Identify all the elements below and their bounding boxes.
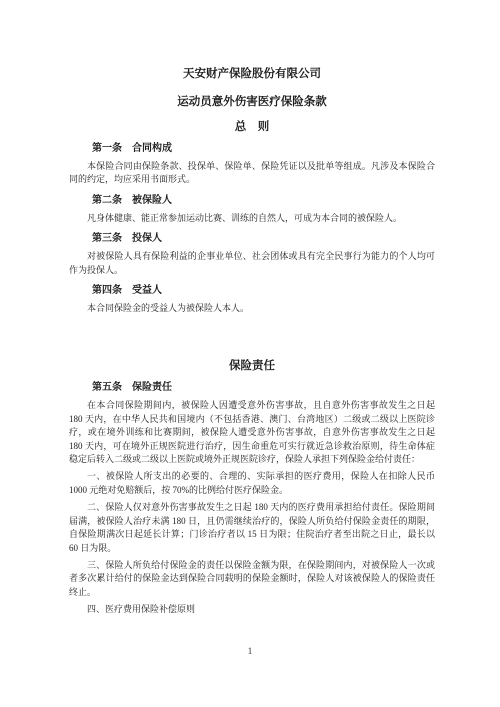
section-heading-general: 总 则 xyxy=(69,120,435,135)
article-5-heading: 第五条 保险责任 xyxy=(69,381,435,395)
article-5-item-4: 四、医疗费用保险补偿原则 xyxy=(69,603,435,616)
document-page: 天安财产保险股份有限公司 运动员意外伤害医疗保险条款 总 则 第一条 合同构成 … xyxy=(0,0,500,707)
article-5-item-2: 二、保险人仅对意外伤害事故发生之日起 180 天内的医疗费用承担给付责任。保险期… xyxy=(69,501,435,555)
company-title: 天安财产保险股份有限公司 xyxy=(69,67,435,82)
section-heading-liability: 保险责任 xyxy=(69,359,435,374)
article-2-body: 凡身体健康、能正常参加运动比赛、训练的自然人，可成为本合同的被保险人。 xyxy=(69,212,435,225)
article-5-item-1: 一、被保险人所支出的必要的、合理的、实际承担的医疗费用，保险人在扣除人民币 10… xyxy=(69,470,435,497)
article-2-heading: 第二条 被保险人 xyxy=(69,194,435,208)
article-1-heading: 第一条 合同构成 xyxy=(69,142,435,156)
article-5-item-3: 三、保险人所负给付保险金的责任以保险金额为限，在保险期间内，对被保险人一次或者多… xyxy=(69,559,435,599)
article-1-body: 本保险合同由保险条款、投保单、保险单、保险凭证以及批单等组成。凡涉及本保险合同的… xyxy=(69,160,435,187)
article-5-intro: 在本合同保险期间内，被保险人因遭受意外伤害事故，且自意外伤害事故发生之日起 18… xyxy=(69,399,435,466)
article-3-heading: 第三条 投保人 xyxy=(69,232,435,246)
article-4-body: 本合同保险金的受益人为被保险人本人。 xyxy=(69,302,435,315)
policy-title: 运动员意外伤害医疗保险条款 xyxy=(69,95,435,110)
page-number: 1 xyxy=(0,646,500,656)
article-4-heading: 第四条 受益人 xyxy=(69,284,435,298)
article-3-body: 对被保险人具有保险利益的企事业单位、社会团体或具有完全民事行为能力的个人均可作为… xyxy=(69,250,435,277)
